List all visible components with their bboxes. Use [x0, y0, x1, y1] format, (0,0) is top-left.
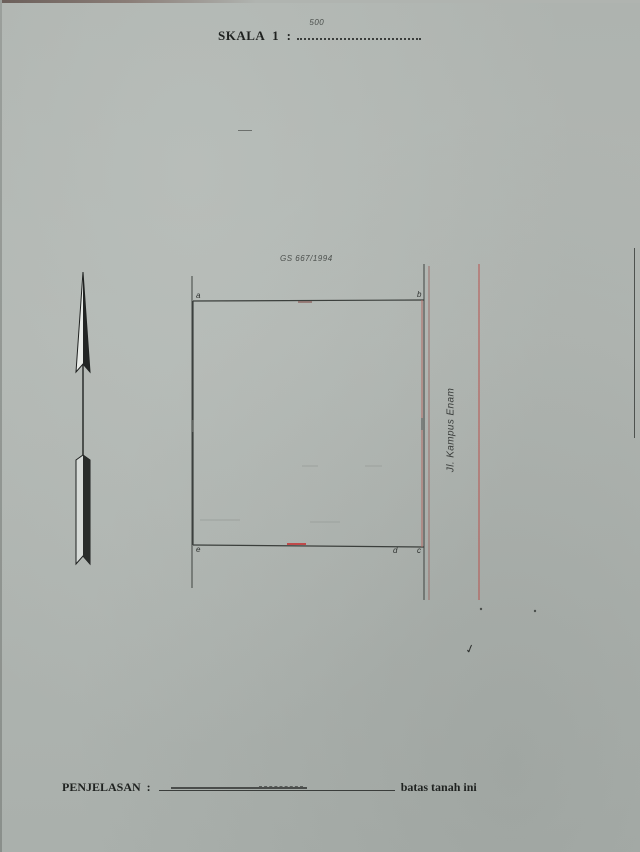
parcel-id-label: GS 667/1994 — [280, 254, 333, 263]
legend-boundary-sample — [159, 778, 395, 791]
corner-label-b: b — [417, 290, 421, 299]
corner-label-c: c — [417, 546, 421, 555]
north-arrow-icon — [76, 272, 90, 564]
survey-point — [534, 610, 536, 612]
corner-label-a: a — [196, 291, 200, 300]
boundary-line-sample — [171, 787, 307, 789]
situation-sketch — [0, 0, 640, 852]
survey-point — [480, 608, 482, 610]
legend: PENJELASAN : batas tanah ini — [62, 778, 477, 795]
corner-label-e: e — [196, 545, 200, 554]
legend-label: PENJELASAN : — [62, 780, 151, 795]
boundary-dash-sample — [259, 786, 303, 787]
corner-label-d: d — [393, 546, 397, 555]
faint-pencil-marks — [200, 466, 382, 522]
parcel-boundary — [193, 300, 424, 547]
survey-document-page: SKALA 1 : 500 — [0, 0, 640, 852]
legend-description: batas tanah ini — [401, 780, 477, 795]
page-edge-rule — [634, 248, 635, 438]
road-name-label: Jl. Kampus Enam — [446, 388, 457, 472]
